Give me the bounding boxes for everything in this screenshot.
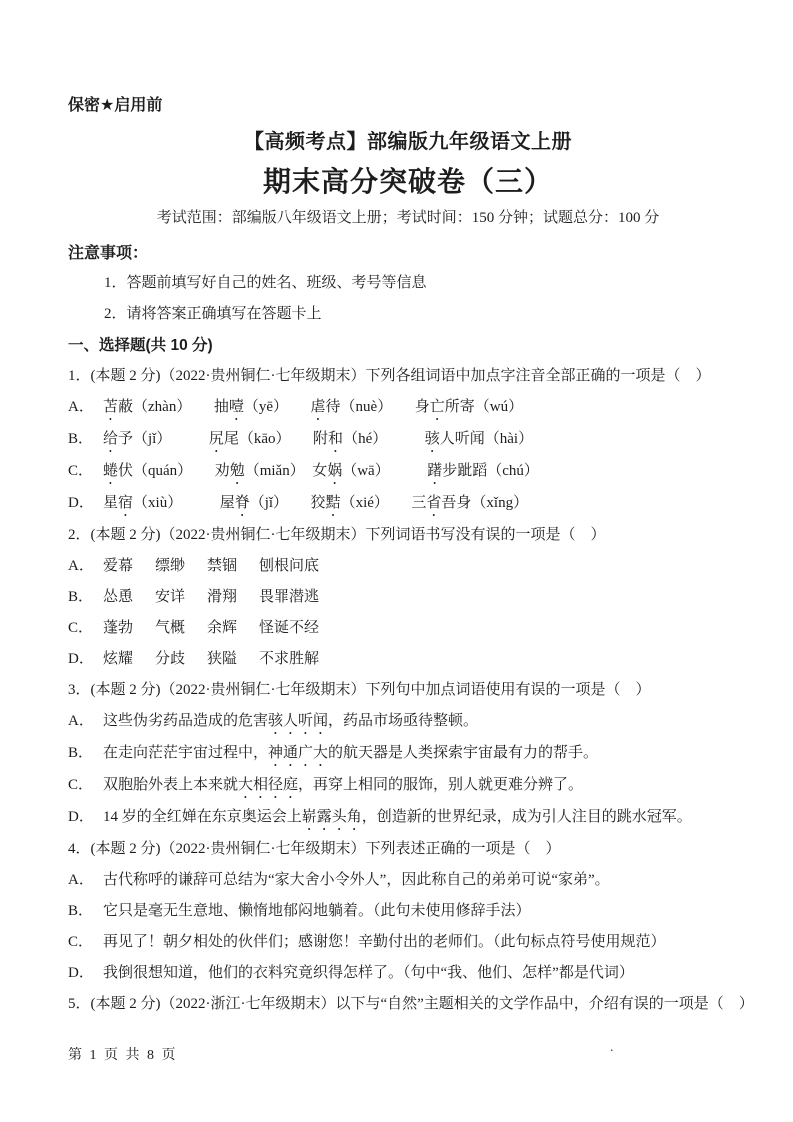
question-4: 4．(本题 2 分)（2022·贵州铜仁·七年级期末）下列表述正确的一项是（ ）… <box>68 834 748 989</box>
word: 缥缈 <box>155 558 185 574</box>
dotted-text: 娲 <box>327 463 342 479</box>
option-label: C． <box>68 456 103 487</box>
option-label: A． <box>68 706 103 737</box>
option-label: C． <box>68 613 103 644</box>
word: 安详 <box>155 589 185 605</box>
option-label: A． <box>68 392 103 423</box>
word: 禁锢 <box>207 558 237 574</box>
dotted-text: 虐 <box>311 399 326 415</box>
stray-dot-mark: . <box>610 1040 614 1056</box>
option-D: D．炫耀分歧狭隘不求胜解 <box>68 644 748 675</box>
question-stem: 3．(本题 2 分)（2022·贵州铜仁·七年级期末）下列句中加点词语使用有误的… <box>68 675 748 706</box>
option-A: A．这些伪劣药品造成的危害骇人听闻，药品市场亟待整顿。 <box>68 706 748 738</box>
option-label: D． <box>68 802 103 833</box>
option-label: B． <box>68 896 103 927</box>
option-C: C．再见了！朝夕相处的伙伴们；感谢您！辛勤付出的老师们。（此句标点符号使用规范） <box>68 927 748 958</box>
option-D: D．星宿（xiù） 屋脊（jǐ） 狡黠（xié） 三省吾身（xǐng） <box>68 488 748 520</box>
option-text: 再见了！朝夕相处的伙伴们；感谢您！辛勤付出的老师们。（此句标点符号使用规范） <box>103 934 666 950</box>
exam-title: 期末高分突破卷（三） <box>68 162 748 202</box>
option-label: A． <box>68 865 103 896</box>
option-label: A． <box>68 551 103 582</box>
word: 刨根问底 <box>259 558 319 574</box>
notice-item-1: 1．答题前填写好自己的姓名、班级、考号等信息 <box>68 268 748 299</box>
question-list: 1．(本题 2 分)（2022·贵州铜仁·七年级期末）下列各组词语中加点字注音全… <box>68 361 748 1020</box>
dotted-text: 给 <box>103 431 118 447</box>
dotted-text: 苫 <box>103 399 118 415</box>
option-A: A．爱幕缥缈禁锢刨根问底 <box>68 551 748 582</box>
dotted-text: 躇 <box>427 463 442 479</box>
option-label: B． <box>68 738 103 769</box>
exam-page: 保密★启用前 【高频考点】部编版九年级语文上册 期末高分突破卷（三） 考试范围：… <box>0 0 793 1122</box>
word: 余辉 <box>207 620 237 636</box>
dotted-text: 尻 <box>209 431 224 447</box>
word: 爱幕 <box>103 558 133 574</box>
dotted-text: 蜷 <box>103 463 118 479</box>
dotted-text: 勉 <box>230 463 245 479</box>
secrecy-label: 保密★启用前 <box>68 96 748 116</box>
word: 畏罪潜逃 <box>259 589 319 605</box>
dotted-text: 和 <box>328 431 343 447</box>
option-B: B．它只是毫无生意地、懒惰地郁闷地躺着。（此句未使用修辞手法） <box>68 896 748 927</box>
section-title-choice: 一、选择题(共 10 分) <box>68 330 748 361</box>
option-C: C．蓬勃气概余辉怪诞不经 <box>68 613 748 644</box>
option-label: C． <box>68 927 103 958</box>
word: 怪诞不经 <box>259 620 319 636</box>
notice-title: 注意事项： <box>68 240 748 268</box>
dotted-text: 噎 <box>229 399 244 415</box>
word: 炫耀 <box>103 651 133 667</box>
word: 不求胜解 <box>259 651 319 667</box>
booklet-title: 【高频考点】部编版九年级语文上册 <box>68 128 748 156</box>
question-5: 5．(本题 2 分)（2022·浙江·七年级期末）以下与“自然”主题相关的文学作… <box>68 989 748 1020</box>
option-D: D．我倒很想知道，他们的衣料究竟织得怎样了。（句中“我、他们、怎样”都是代词） <box>68 958 748 989</box>
question-1: 1．(本题 2 分)（2022·贵州铜仁·七年级期末）下列各组词语中加点字注音全… <box>68 361 748 520</box>
option-B: B．怂恿安详滑翔畏罪潜逃 <box>68 582 748 613</box>
word: 滑翔 <box>207 589 237 605</box>
option-text: 古代称呼的谦辞可总结为“家大舍小令外人”，因此称自己的弟弟可说“家弟”。 <box>103 872 610 888</box>
dotted-text: 省 <box>426 495 441 511</box>
dotted-text: 亡 <box>430 399 445 415</box>
word: 蓬勃 <box>103 620 133 636</box>
option-label: C． <box>68 770 103 801</box>
word: 分歧 <box>155 651 185 667</box>
page-number: 第 1 页 共 8 页 <box>68 1048 178 1063</box>
option-text: 它只是毫无生意地、懒惰地郁闷地躺着。（此句未使用修辞手法） <box>103 903 531 919</box>
option-label: B． <box>68 424 103 455</box>
question-stem: 5．(本题 2 分)（2022·浙江·七年级期末）以下与“自然”主题相关的文学作… <box>68 989 748 1020</box>
dotted-text: 神通广大 <box>268 745 328 761</box>
question-2: 2．(本题 2 分)（2022·贵州铜仁·七年级期末）下列词语书写没有误的一项是… <box>68 520 748 675</box>
option-A: A．古代称呼的谦辞可总结为“家大舍小令外人”，因此称自己的弟弟可说“家弟”。 <box>68 865 748 896</box>
option-label: D． <box>68 958 103 989</box>
option-text: 我倒很想知道，他们的衣料究竟织得怎样了。（句中“我、他们、怎样”都是代词） <box>103 965 634 981</box>
option-C: C．蜷伏（quán） 劝勉（miǎn） 女娲（wā） 躇步跐蹈（chú） <box>68 456 748 488</box>
word: 气概 <box>155 620 185 636</box>
question-3: 3．(本题 2 分)（2022·贵州铜仁·七年级期末）下列句中加点词语使用有误的… <box>68 675 748 834</box>
dotted-text: 黠 <box>326 495 341 511</box>
word: 狭隘 <box>207 651 237 667</box>
option-label: D． <box>68 644 103 675</box>
dotted-text: 骇 <box>425 431 440 447</box>
question-stem: 1．(本题 2 分)（2022·贵州铜仁·七年级期末）下列各组词语中加点字注音全… <box>68 361 748 392</box>
dotted-text: 脊 <box>235 495 250 511</box>
option-D: D．14 岁的全红婵在东京奥运会上崭露头角，创造新的世界纪录，成为引人注目的跳水… <box>68 802 748 834</box>
page-footer: 第 1 页 共 8 页 <box>68 1046 748 1066</box>
option-label: D． <box>68 488 103 519</box>
option-B: B．给予（jǐ） 尻尾（kāo） 附和（hé） 骇人听闻（hài） <box>68 424 748 456</box>
option-A: A．苫蔽（zhàn） 抽噎（yē） 虐待（nuè） 身亡所寄（wú） <box>68 392 748 424</box>
word: 怂恿 <box>103 589 133 605</box>
dotted-text: 宿 <box>118 495 133 511</box>
dotted-text: 崭露头角 <box>302 809 362 825</box>
notice-item-2: 2．请将答案正确填写在答题卡上 <box>68 299 748 330</box>
option-B: B．在走向茫茫宇宙过程中，神通广大的航天器是人类探索宇宙最有力的帮手。 <box>68 738 748 770</box>
question-stem: 2．(本题 2 分)（2022·贵州铜仁·七年级期末）下列词语书写没有误的一项是… <box>68 520 748 551</box>
dotted-text: 骇人听闻 <box>268 713 328 729</box>
exam-info-line: 考试范围：部编版八年级语文上册；考试时间：150 分钟；试题总分：100 分 <box>68 206 748 230</box>
option-label: B． <box>68 582 103 613</box>
option-C: C．双胞胎外表上本来就大相径庭，再穿上相同的服饰，别人就更难分辨了。 <box>68 770 748 802</box>
question-stem: 4．(本题 2 分)（2022·贵州铜仁·七年级期末）下列表述正确的一项是（ ） <box>68 834 748 865</box>
dotted-text: 大相径庭 <box>238 777 298 793</box>
